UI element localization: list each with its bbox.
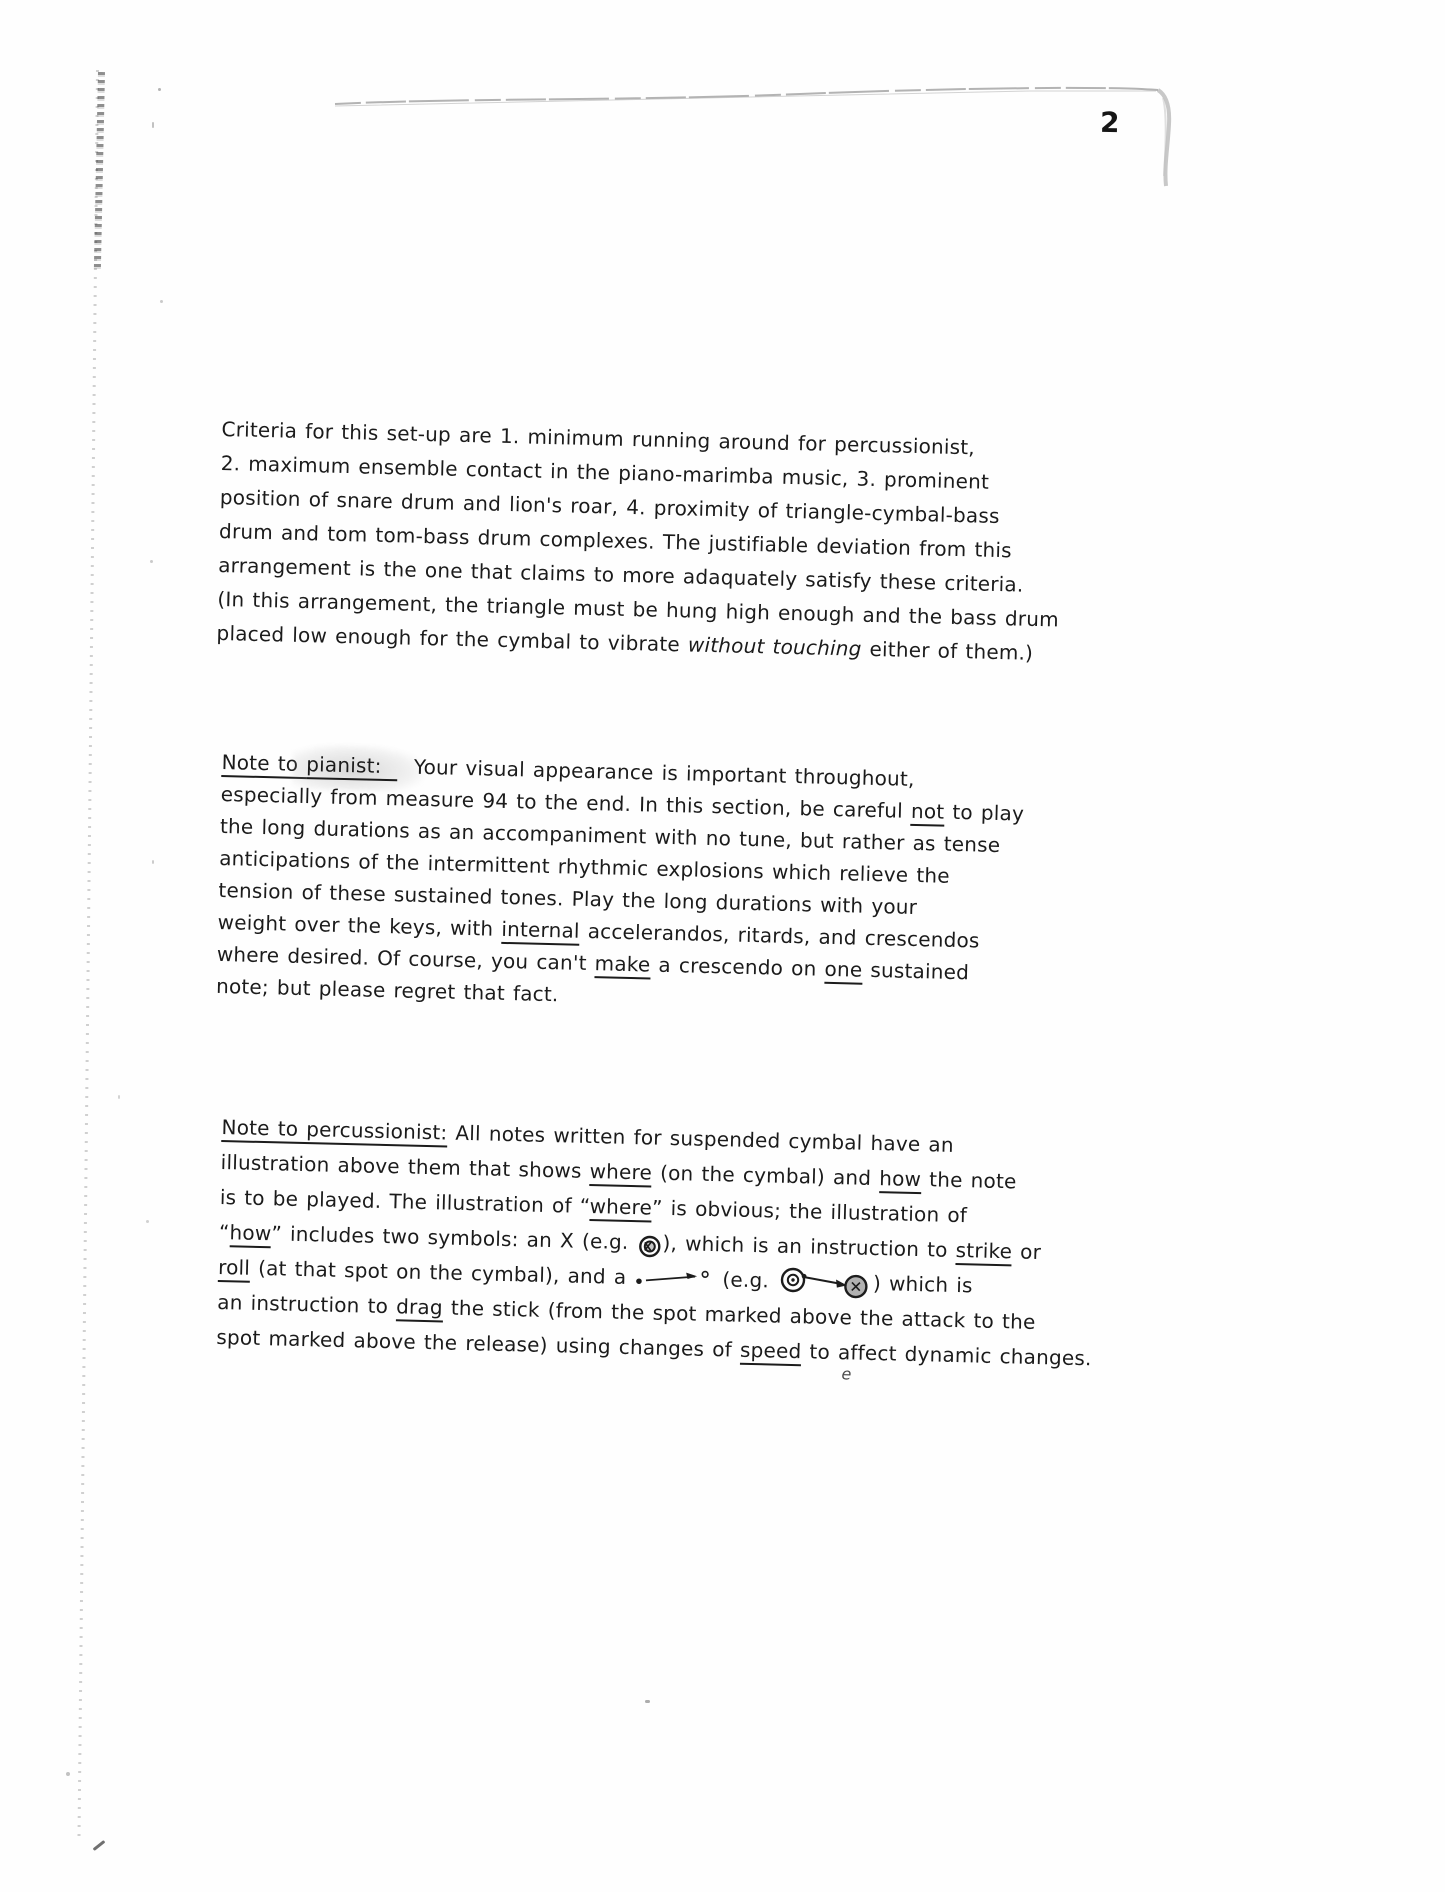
scanned-page: 2 Criteria for this set-up are 1. minimu… — [0, 0, 1445, 1892]
text-segment: (at that spot on the cymbal), and a — [250, 1256, 635, 1289]
text-segment: note; but please regret that fact. — [216, 974, 559, 1006]
page-number: 2 — [1100, 106, 1120, 139]
scan-speck — [160, 300, 163, 303]
cymbal-strike-spot-symbol — [636, 1232, 663, 1259]
paragraph-note-to-pianist: Note to pianist: Your visual appearance … — [216, 746, 1026, 1022]
underlined-text: speed — [740, 1338, 802, 1366]
underlined-text: Note to percussionist: — [221, 1115, 447, 1148]
text-segment: to — [801, 1339, 838, 1364]
text-segment: (on the cymbal) and — [652, 1161, 880, 1191]
cymbal-drag-example-symbol — [777, 1265, 874, 1301]
text-segment: where desired. Of course, you can't — [217, 942, 595, 975]
underlined-text: where — [589, 1194, 652, 1223]
text-segment: “ — [219, 1220, 230, 1244]
text-segment: weight over the keys, with — [217, 910, 501, 941]
underlined-text: internal — [501, 917, 580, 946]
scan-speck — [158, 88, 161, 91]
underlined-text: make — [594, 951, 650, 979]
text-segment: ) which is — [873, 1271, 973, 1297]
text-segment: or — [1012, 1239, 1041, 1264]
text-segment: sustained — [862, 958, 969, 985]
text-segment: either of them.) — [861, 637, 1033, 665]
text-segment: illustration above them that shows — [220, 1150, 590, 1183]
scan-speck — [118, 1095, 120, 1099]
text-segment: without touching — [688, 632, 862, 660]
paragraph-criteria: Criteria for this set-up are 1. minimum … — [216, 412, 1063, 670]
underlined-text: not — [911, 799, 945, 827]
scan-speck — [152, 860, 154, 864]
text-segment: ” is obvious; the illustration of — [652, 1196, 968, 1228]
underlined-text: how — [229, 1220, 272, 1248]
text-segment: spot marked above the release) using cha… — [216, 1325, 740, 1362]
scan-speck — [150, 560, 153, 563]
text-segment: (e.g. — [714, 1267, 777, 1293]
scan-speck — [66, 1772, 70, 1776]
handwritten-correction-note: e — [841, 1356, 852, 1391]
scan-speck — [645, 1700, 650, 1703]
text-segment: dynamic changes. — [896, 1342, 1092, 1371]
left-edge-scan-artifact — [77, 70, 99, 1840]
text-segment: affecte — [838, 1335, 898, 1371]
dot-to-circle-drag-arrow-symbol — [634, 1268, 714, 1288]
text-segment: ” includes two symbols: an X (e.g. — [271, 1221, 637, 1254]
underlined-text: drag — [396, 1294, 443, 1322]
scan-speck — [146, 1220, 149, 1223]
scan-edge-artifact — [330, 78, 1190, 208]
text-segment: an instruction to — [217, 1290, 396, 1318]
text-segment: ), which is an instruction to — [662, 1231, 956, 1262]
paragraph-note-to-percussionist: Note to percussionist: All notes written… — [216, 1110, 1097, 1376]
underlined-text: how — [879, 1166, 922, 1194]
text-segment: is to be played. The illustration of “ — [220, 1185, 590, 1218]
underlined-text: pianist: — [306, 752, 398, 781]
scan-speck — [93, 1840, 106, 1851]
text-segment: the note — [921, 1167, 1017, 1193]
underlined-text: where — [589, 1159, 652, 1188]
text-segment: a crescendo on — [650, 953, 825, 981]
underlined-text: one — [824, 957, 862, 985]
text-segment: placed low enough for the cymbal to vibr… — [216, 621, 688, 657]
underlined-text: strike — [955, 1238, 1012, 1266]
text-segment: to play — [944, 800, 1024, 826]
scan-speck — [152, 122, 154, 128]
underlined-text: roll — [218, 1255, 251, 1283]
